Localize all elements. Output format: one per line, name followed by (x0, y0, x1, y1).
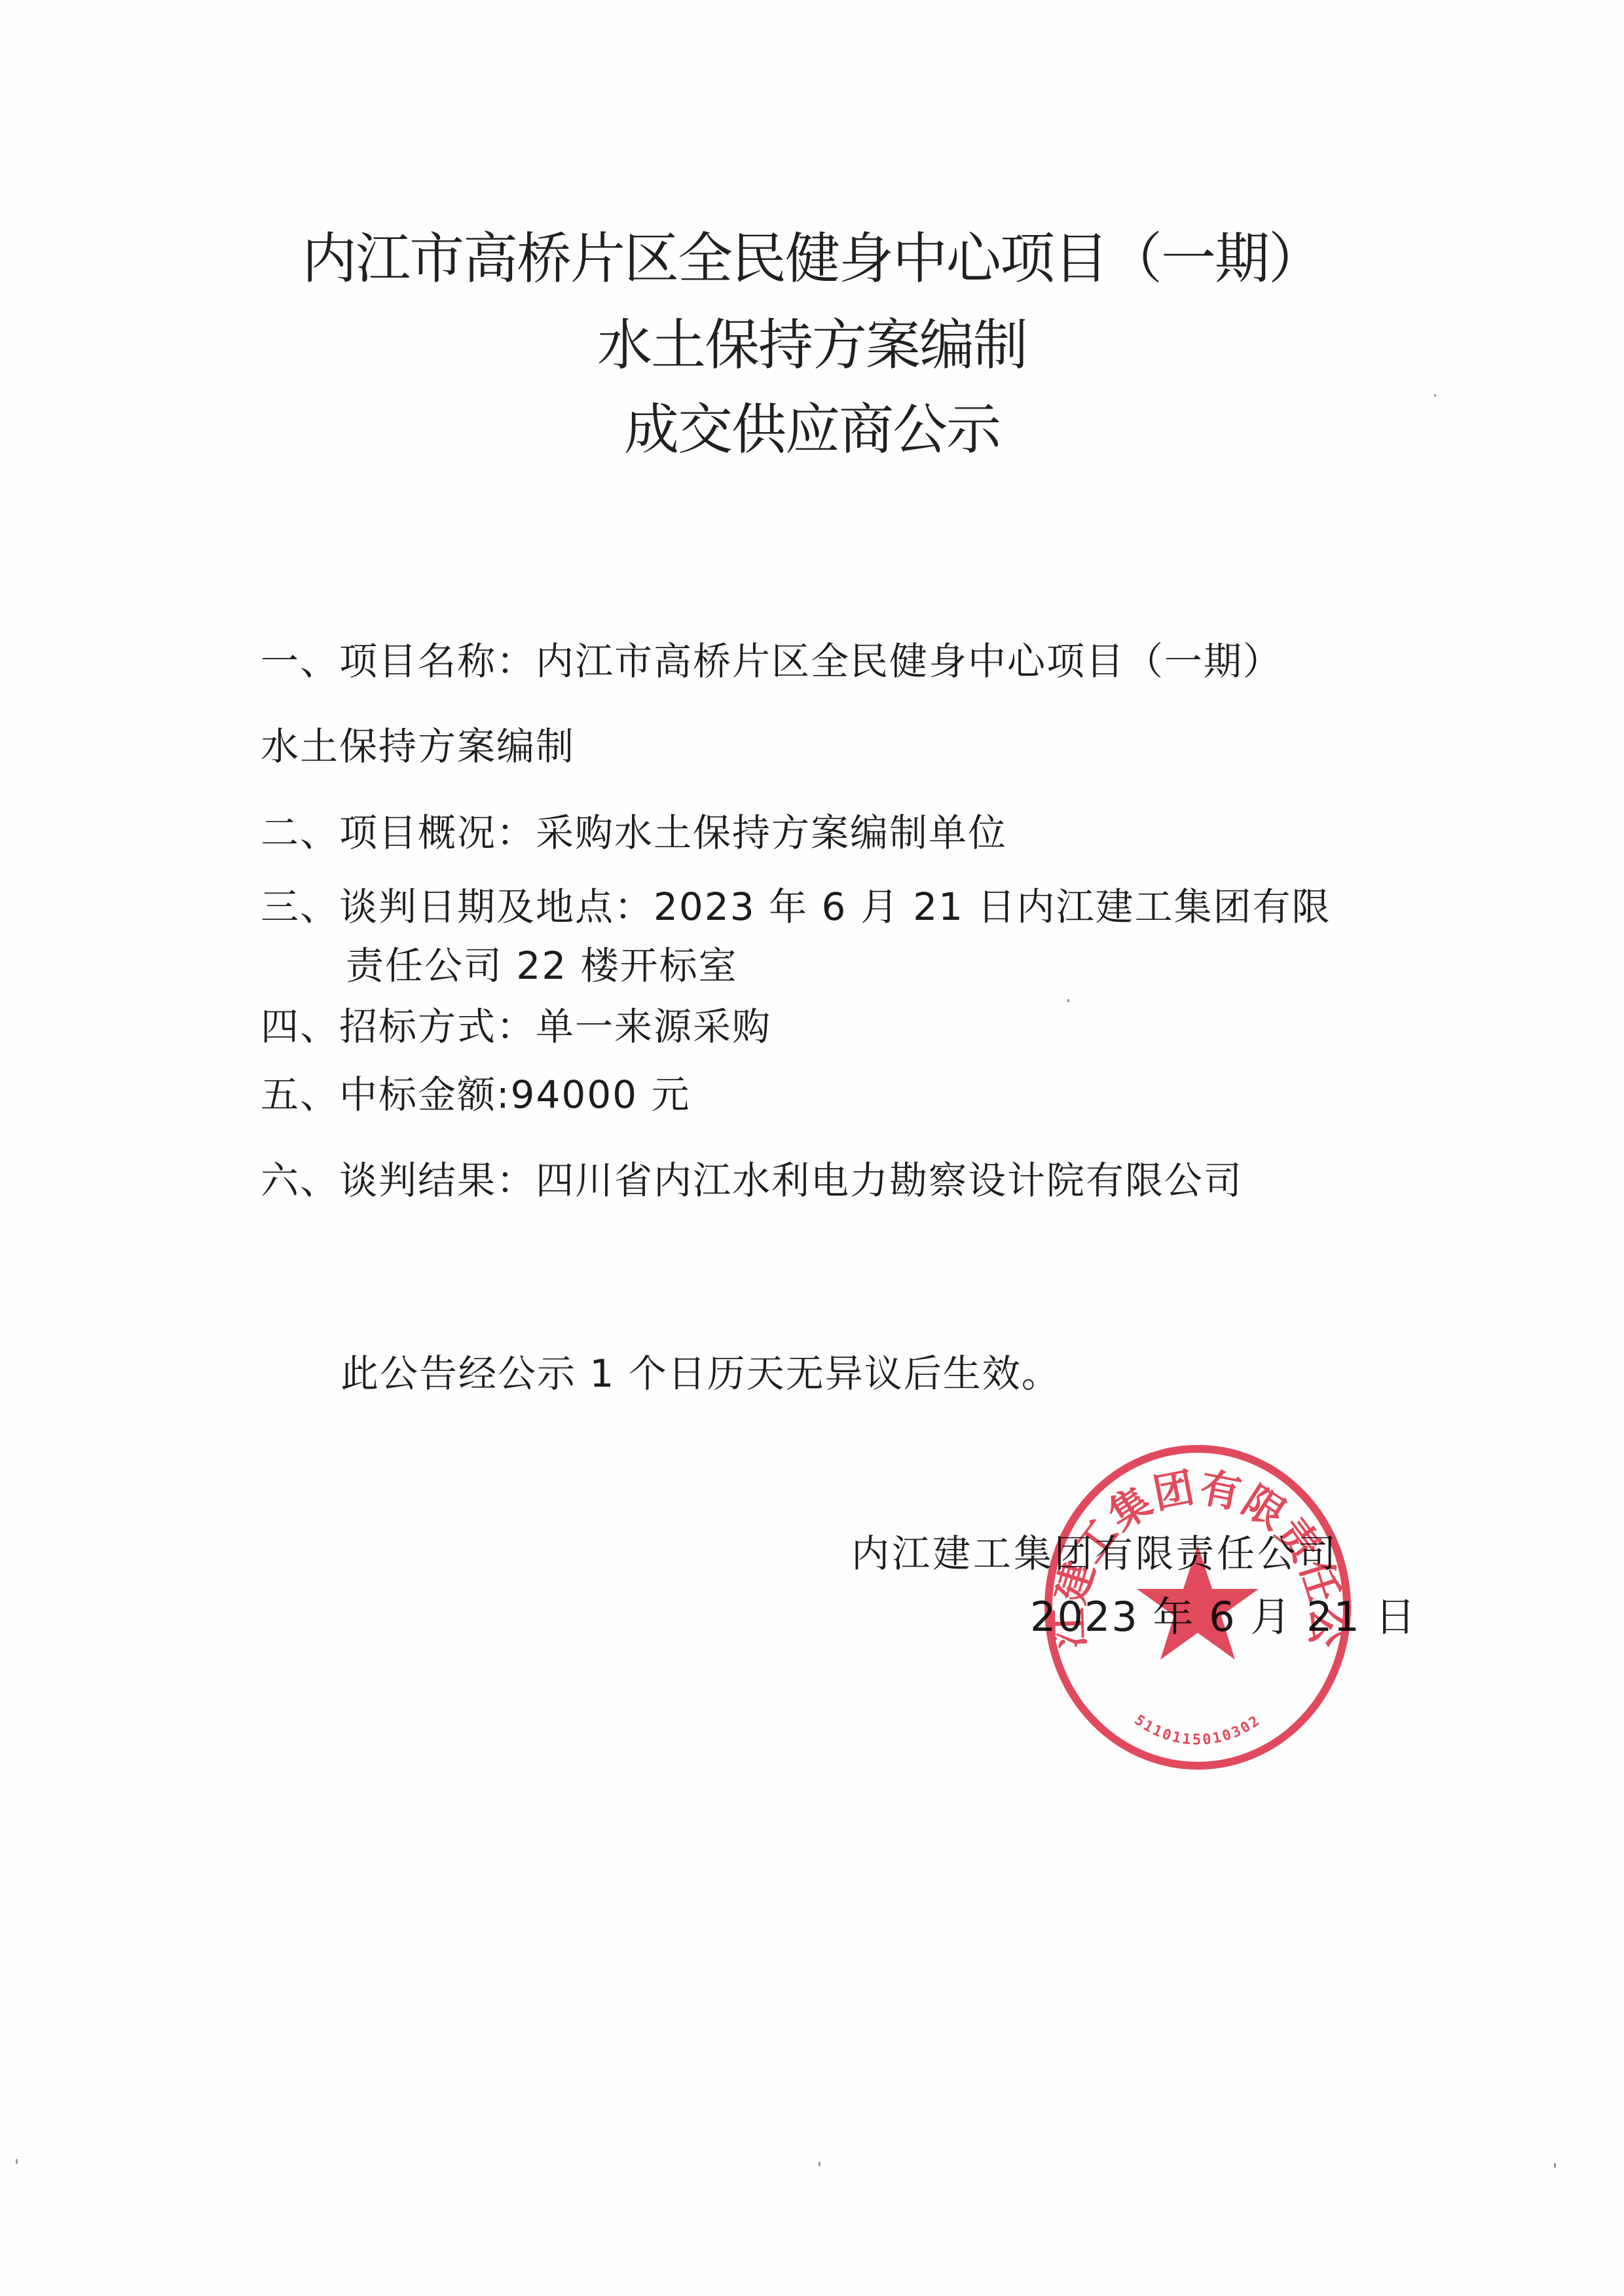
item-project-name-cont: 水土保持方案编制 (261, 723, 575, 769)
item-value: 水土保持方案编制 (261, 724, 575, 769)
item-label: 四、招标方式： (261, 1004, 536, 1049)
seal-number: 5110115010302 (1132, 1712, 1264, 1749)
scan-speck (1434, 394, 1436, 397)
title-line-2: 水土保持方案编制 (0, 312, 1624, 378)
item-value: 四川省内江水利电力勘察设计院有限公司 (536, 1158, 1243, 1203)
closing-statement: 此公告经公示 1 个日历天无异议后生效。 (341, 1351, 1061, 1396)
item-winning-amount: 五、中标金额:94000 元 (261, 1072, 691, 1118)
item-value: 94000 元 (511, 1072, 691, 1117)
item-value: 单一来源采购 (536, 1004, 771, 1049)
item-negotiation-date-place-cont: 责任公司 22 楼开标室 (346, 943, 738, 989)
item-label: 五、中标金额: (261, 1072, 511, 1117)
item-value: 2023 年 6 月 21 日内江建工集团有限 (654, 884, 1331, 929)
item-negotiation-result: 六、谈判结果：四川省内江水利电力勘察设计院有限公司 (261, 1157, 1243, 1203)
item-label: 六、谈判结果： (261, 1158, 536, 1203)
document-page: 内江市高桥片区全民健身中心项目（一期） 水土保持方案编制 成交供应商公示 一、项… (0, 0, 1624, 2296)
title-line-1: 内江市高桥片区全民健身中心项目（一期） (0, 226, 1624, 291)
item-value: 采购水土保持方案编制单位 (536, 811, 1007, 855)
item-project-overview: 二、项目概况：采购水土保持方案编制单位 (261, 810, 1007, 856)
item-label: 二、项目概况： (261, 811, 536, 855)
item-bidding-method: 四、招标方式：单一来源采购 (261, 1004, 771, 1049)
svg-text:5110115010302: 5110115010302 (1132, 1712, 1264, 1749)
item-project-name: 一、项目名称：内江市高桥片区全民健身中心项目（一期） (261, 638, 1282, 684)
item-negotiation-date-place: 三、谈判日期及地点：2023 年 6 月 21 日内江建工集团有限 (261, 884, 1331, 930)
scan-speck (819, 2162, 821, 2166)
item-label: 一、项目名称： (261, 639, 536, 683)
item-value: 内江市高桥片区全民健身中心项目（一期） (536, 639, 1282, 683)
scan-speck (1067, 999, 1069, 1002)
title-line-3: 成交供应商公示 (0, 397, 1624, 462)
company-seal-icon: 内江建工集团有限责任公司 5110115010302 (1043, 1444, 1353, 1771)
scan-speck (16, 2159, 18, 2164)
item-value: 责任公司 22 楼开标室 (346, 943, 738, 988)
scan-speck (1554, 2163, 1556, 2168)
item-label: 三、谈判日期及地点： (261, 884, 654, 929)
